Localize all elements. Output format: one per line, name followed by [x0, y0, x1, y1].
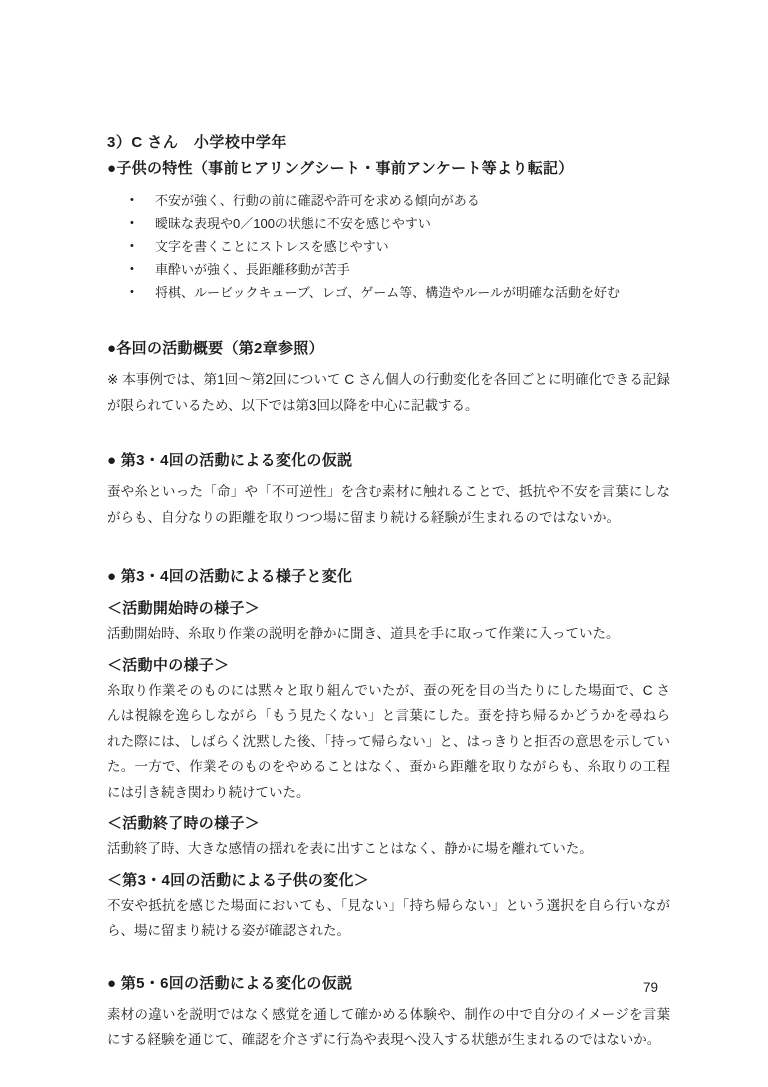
- page-number: 79: [643, 978, 658, 998]
- bullet-text: 曖昧な表現や0／100の状態に不安を感じやすい: [155, 212, 431, 235]
- section-hypothesis-5-6: ● 第5・6回の活動による変化の仮説 素材の違いを説明ではなく感覚を通して確かめ…: [107, 971, 670, 1053]
- hypothesis-3-4-body: 蚕や糸といった「命」や「不可逆性」を含む素材に触れることで、抵抗や不安を言葉にし…: [107, 479, 670, 530]
- bullet-text: 車酔いが強く、長距離移動が苦手: [155, 258, 350, 281]
- section-activity-overview: ●各回の活動概要（第2章参照） ※ 本事例では、第1回〜第2回について C さん…: [107, 336, 670, 418]
- bullet-text: 不安が強く、行動の前に確認や許可を求める傾向がある: [155, 189, 480, 212]
- bullet-icon: •: [130, 189, 155, 212]
- list-item: • 不安が強く、行動の前に確認や許可を求める傾向がある: [130, 189, 670, 212]
- section-observation-3-4: ● 第3・4回の活動による様子と変化 ＜活動開始時の様子＞ 活動開始時、糸取り作…: [107, 564, 670, 944]
- list-item: • 曖昧な表現や0／100の状態に不安を感じやすい: [130, 212, 670, 235]
- hypothesis-5-6-body: 素材の違いを説明ではなく感覚を通して確かめる体験や、制作の中で自分のイメージを言…: [107, 1002, 670, 1053]
- subsection-body-child-change: 不安や抵抗を感じた場面においても、「見ない」「持ち帰らない」という選択を自ら行い…: [107, 893, 670, 944]
- child-traits-heading: ●子供の特性（事前ヒアリングシート・事前アンケート等より転記）: [107, 156, 670, 182]
- bullet-icon: •: [130, 235, 155, 258]
- list-item: • 車酔いが強く、長距離移動が苦手: [130, 258, 670, 281]
- subsection-heading-activity-during: ＜活動中の様子＞: [107, 654, 670, 678]
- bullet-text: 文字を書くことにストレスを感じやすい: [155, 235, 389, 258]
- hypothesis-3-4-heading: ● 第3・4回の活動による変化の仮説: [107, 448, 670, 474]
- observation-3-4-heading: ● 第3・4回の活動による様子と変化: [107, 564, 670, 590]
- list-item: • 文字を書くことにストレスを感じやすい: [130, 235, 670, 258]
- list-item: • 将棋、ルービックキューブ、レゴ、ゲーム等、構造やルールが明確な活動を好む: [130, 281, 670, 304]
- section-hypothesis-3-4: ● 第3・4回の活動による変化の仮説 蚕や糸といった「命」や「不可逆性」を含む素…: [107, 448, 670, 530]
- subsection-body-activity-start: 活動開始時、糸取り作業の説明を静かに聞き、道具を手に取って作業に入っていた。: [107, 621, 670, 647]
- section-title: 3）C さん 小学校中学年: [107, 130, 670, 156]
- subsection-body-activity-end: 活動終了時、大きな感情の揺れを表に出すことはなく、静かに場を離れていた。: [107, 836, 670, 862]
- section-child-traits: ●子供の特性（事前ヒアリングシート・事前アンケート等より転記） • 不安が強く、…: [107, 156, 670, 304]
- bullet-icon: •: [130, 212, 155, 235]
- subsection-heading-child-change: ＜第3・4回の活動による子供の変化＞: [107, 869, 670, 893]
- subsection-body-activity-during: 糸取り作業そのものには黙々と取り組んでいたが、蚕の死を目の当たりにした場面で、C…: [107, 678, 670, 806]
- bullet-icon: •: [130, 281, 155, 304]
- hypothesis-5-6-heading: ● 第5・6回の活動による変化の仮説: [107, 971, 670, 997]
- subsection-heading-activity-start: ＜活動開始時の様子＞: [107, 597, 670, 621]
- document-page: 3）C さん 小学校中学年 ●子供の特性（事前ヒアリングシート・事前アンケート等…: [0, 0, 768, 1087]
- bullet-text: 将棋、ルービックキューブ、レゴ、ゲーム等、構造やルールが明確な活動を好む: [155, 281, 620, 304]
- bullet-icon: •: [130, 258, 155, 281]
- child-traits-list: • 不安が強く、行動の前に確認や許可を求める傾向がある • 曖昧な表現や0／10…: [107, 189, 670, 304]
- subsection-heading-activity-end: ＜活動終了時の様子＞: [107, 812, 670, 836]
- activity-overview-heading: ●各回の活動概要（第2章参照）: [107, 336, 670, 362]
- activity-overview-note: ※ 本事例では、第1回〜第2回について C さん個人の行動変化を各回ごとに明確化…: [107, 367, 670, 418]
